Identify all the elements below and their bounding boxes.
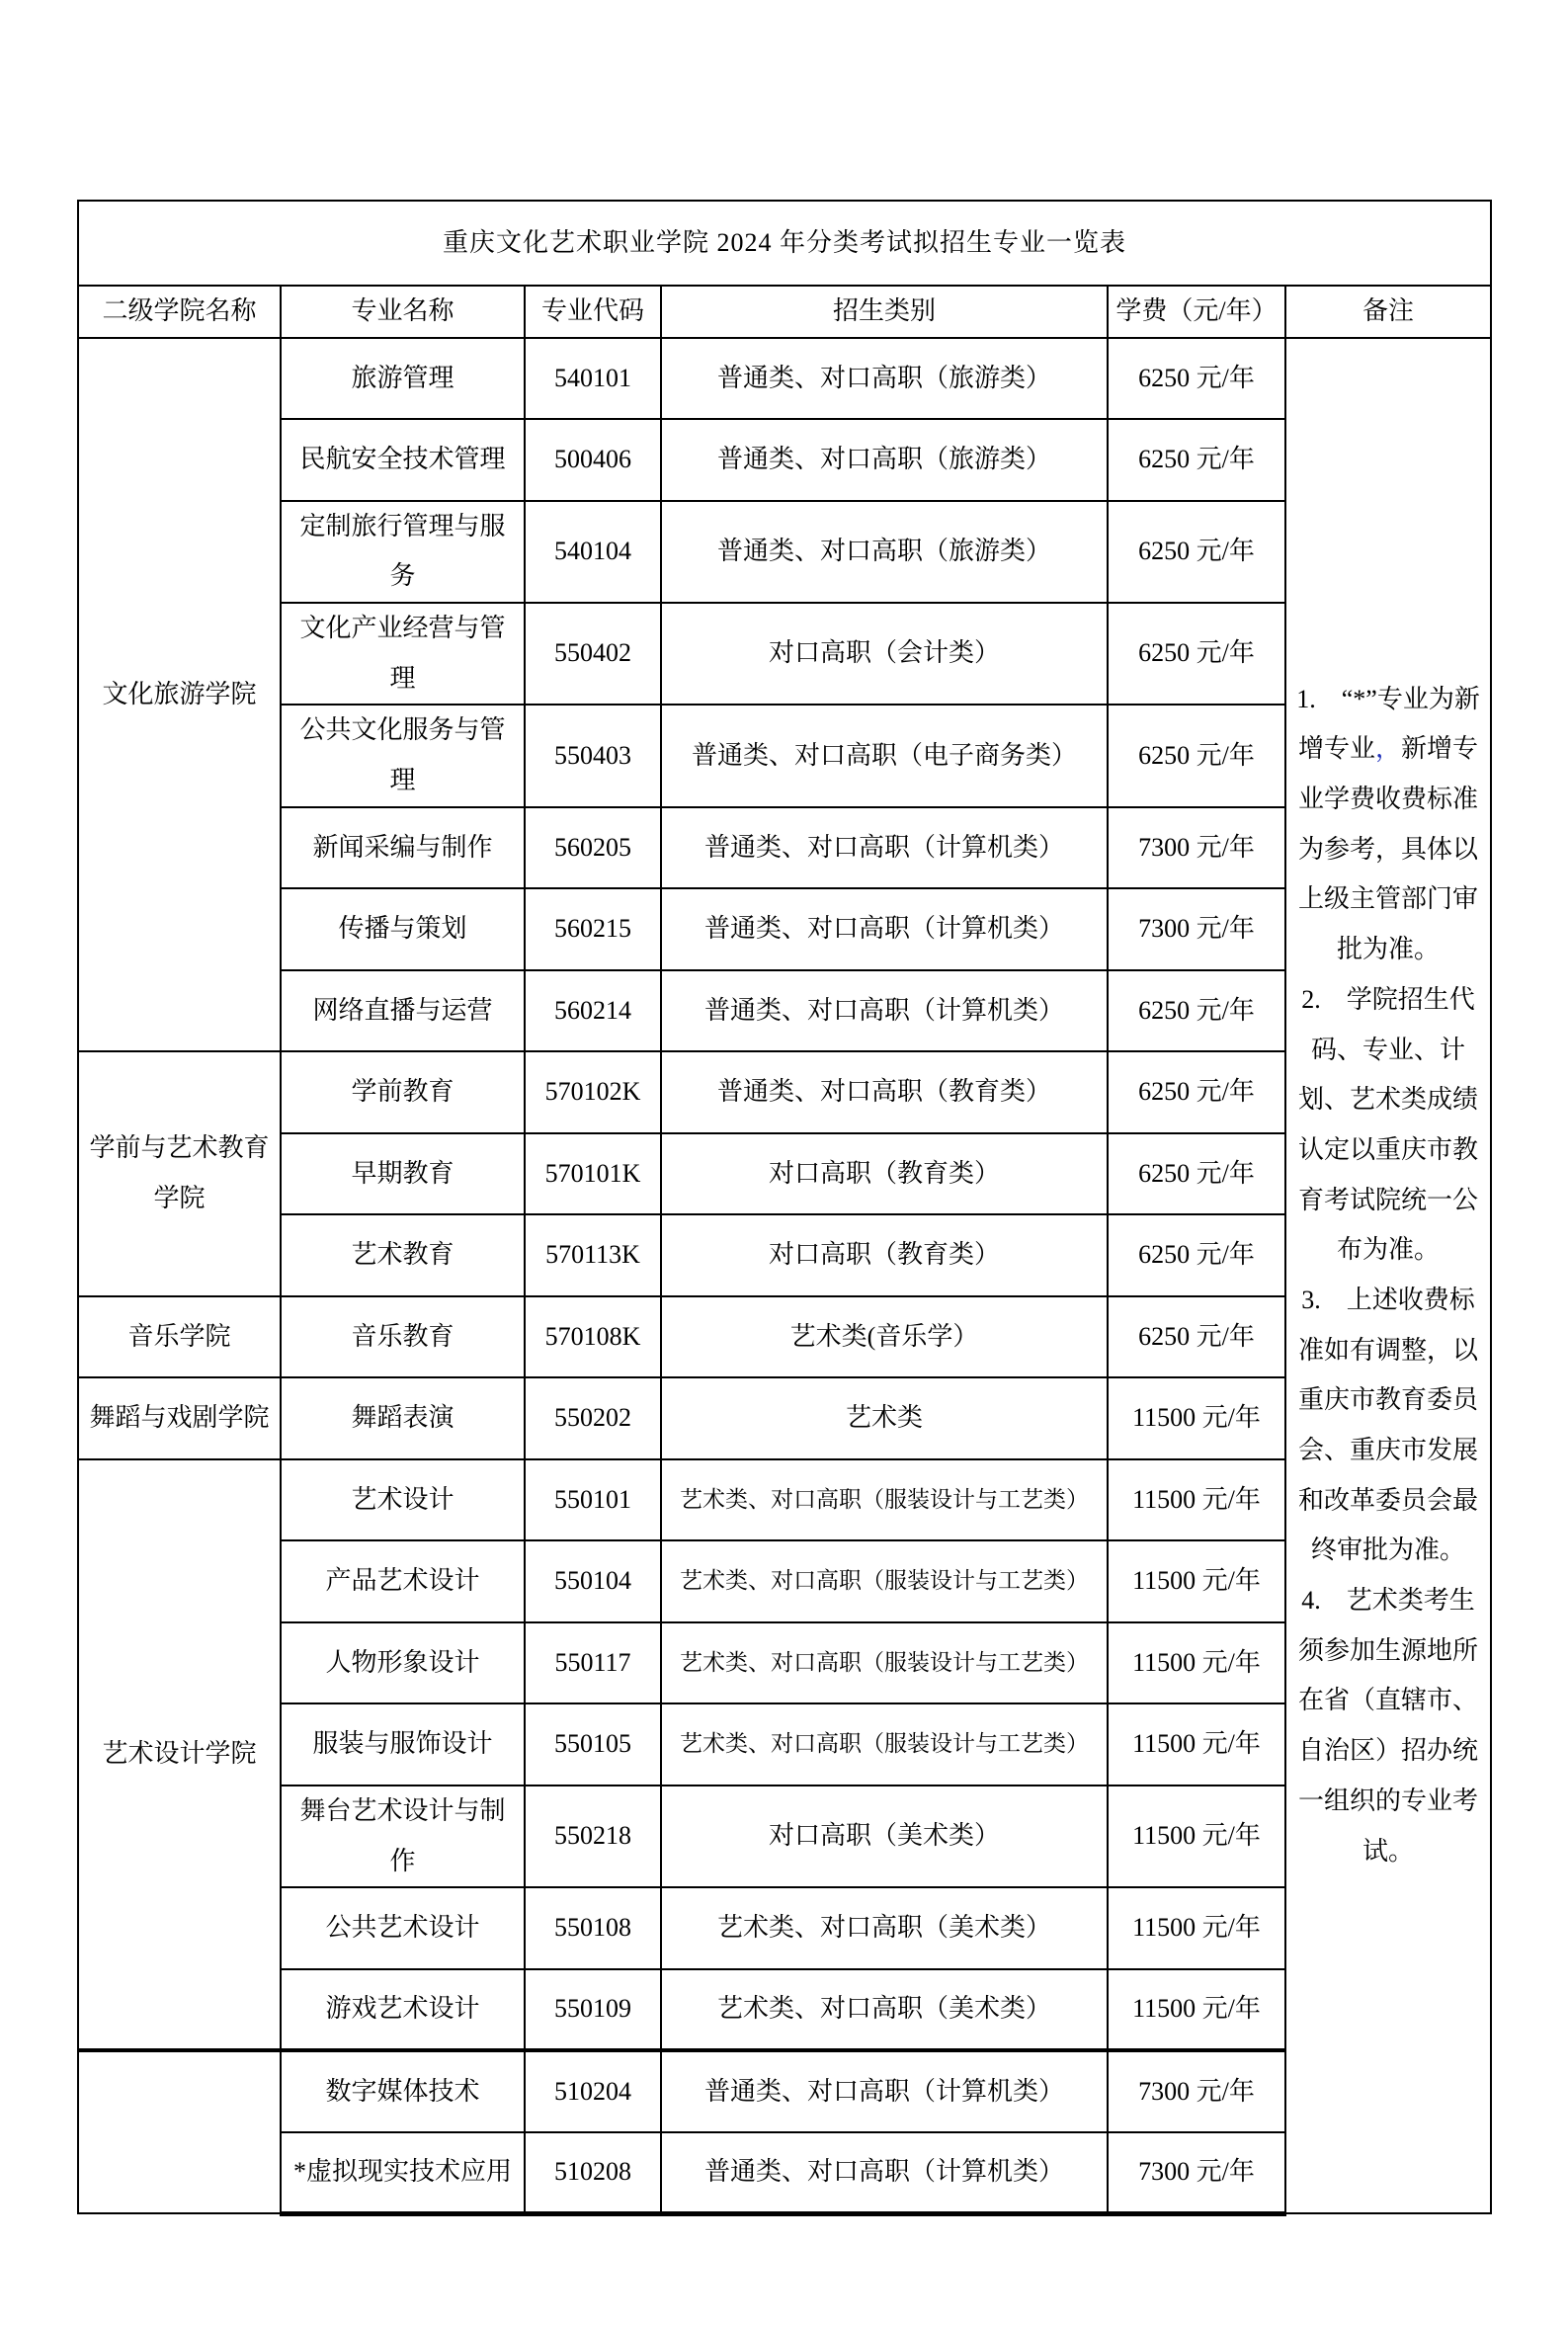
major-cell: 网络直播与运营 [281, 970, 525, 1052]
header-fee: 学费（元/年） [1108, 286, 1285, 338]
blue-comma: ， [1375, 734, 1401, 763]
major-cell: 民航安全技术管理 [281, 419, 525, 501]
fee-cell: 11500 元/年 [1108, 1459, 1285, 1541]
table-row: 文化旅游学院 旅游管理 540101 普通类、对口高职（旅游类） 6250 元/… [78, 338, 1491, 420]
major-cell: 服装与服饰设计 [281, 1703, 525, 1785]
table-row: 公共文化服务与管理 550403 普通类、对口高职（电子商务类） 6250 元/… [78, 705, 1491, 806]
fee-cell: 6250 元/年 [1108, 1214, 1285, 1296]
category-cell: 普通类、对口高职（旅游类） [661, 419, 1108, 501]
code-cell: 550202 [525, 1377, 661, 1459]
fee-cell: 11500 元/年 [1108, 1887, 1285, 1969]
code-cell: 540104 [525, 501, 661, 603]
title-row: 重庆文化艺术职业学院 2024 年分类考试拟招生专业一览表 [78, 201, 1491, 286]
major-cell: 传播与策划 [281, 888, 525, 970]
code-cell: 570108K [525, 1296, 661, 1378]
major-cell: 音乐教育 [281, 1296, 525, 1378]
enrollment-table: 重庆文化艺术职业学院 2024 年分类考试拟招生专业一览表 二级学院名称 专业名… [77, 200, 1492, 2216]
table-row: 学前与艺术教育学院 学前教育 570102K 普通类、对口高职（教育类） 625… [78, 1051, 1491, 1133]
code-cell: 550117 [525, 1622, 661, 1704]
header-remarks: 备注 [1285, 286, 1491, 338]
category-cell: 艺术类、对口高职（美术类） [661, 1887, 1108, 1969]
code-cell: 510204 [525, 2050, 661, 2132]
major-cell: 艺术教育 [281, 1214, 525, 1296]
fee-cell: 11500 元/年 [1108, 1703, 1285, 1785]
fee-cell: 11500 元/年 [1108, 1785, 1285, 1887]
fee-cell: 6250 元/年 [1108, 705, 1285, 806]
code-cell: 570101K [525, 1133, 661, 1215]
table-title: 重庆文化艺术职业学院 2024 年分类考试拟招生专业一览表 [78, 201, 1491, 286]
fee-cell: 6250 元/年 [1108, 501, 1285, 603]
header-row: 二级学院名称 专业名称 专业代码 招生类别 学费（元/年） 备注 [78, 286, 1491, 338]
category-cell: 普通类、对口高职（计算机类） [661, 807, 1108, 889]
remarks-cell: 1. “*”专业为新增专业，新增专业学费收费标准为参考，具体以上级主管部门审批为… [1285, 338, 1491, 2214]
major-cell: 数字媒体技术 [281, 2050, 525, 2132]
major-cell: 产品艺术设计 [281, 1540, 525, 1622]
major-cell: 早期教育 [281, 1133, 525, 1215]
fee-cell: 11500 元/年 [1108, 1622, 1285, 1704]
fee-cell: 11500 元/年 [1108, 1540, 1285, 1622]
category-cell: 普通类、对口高职（计算机类） [661, 2132, 1108, 2214]
table-row: 新闻采编与制作 560205 普通类、对口高职（计算机类） 7300 元/年 [78, 807, 1491, 889]
college-cell: 艺术设计学院 [78, 1459, 281, 2050]
major-cell: 艺术设计 [281, 1459, 525, 1541]
category-cell: 对口高职（会计类） [661, 603, 1108, 705]
table-row: 人物形象设计 550117 艺术类、对口高职（服装设计与工艺类） 11500 元… [78, 1622, 1491, 1704]
fee-cell: 6250 元/年 [1108, 338, 1285, 420]
category-cell: 艺术类、对口高职（服装设计与工艺类） [661, 1703, 1108, 1785]
category-cell: 艺术类、对口高职（服装设计与工艺类） [661, 1459, 1108, 1541]
fee-cell: 6250 元/年 [1108, 1296, 1285, 1378]
major-cell: 学前教育 [281, 1051, 525, 1133]
fee-cell: 6250 元/年 [1108, 1133, 1285, 1215]
code-cell: 550108 [525, 1887, 661, 1969]
category-cell: 普通类、对口高职（计算机类） [661, 888, 1108, 970]
code-cell: 540101 [525, 338, 661, 420]
fee-cell: 6250 元/年 [1108, 419, 1285, 501]
table-row: 艺术设计学院 艺术设计 550101 艺术类、对口高职（服装设计与工艺类） 11… [78, 1459, 1491, 1541]
table-row: 产品艺术设计 550104 艺术类、对口高职（服装设计与工艺类） 11500 元… [78, 1540, 1491, 1622]
major-cell: 新闻采编与制作 [281, 807, 525, 889]
remark-item-2: 2. 学院招生代码、专业、计划、艺术类成绩认定以重庆市教育考试院统一公布为准。 [1292, 975, 1484, 1276]
college-cell: 学前与艺术教育学院 [78, 1051, 281, 1296]
fee-cell: 6250 元/年 [1108, 1051, 1285, 1133]
remark-item-3: 3. 上述收费标准如有调整，以重庆市教育委员会、重庆市发展和改革委员会最终审批为… [1292, 1276, 1484, 1576]
code-cell: 550105 [525, 1703, 661, 1785]
code-cell: 550402 [525, 603, 661, 705]
category-cell: 艺术类、对口高职（服装设计与工艺类） [661, 1622, 1108, 1704]
remark-item-1: 1. “*”专业为新增专业，新增专业学费收费标准为参考，具体以上级主管部门审批为… [1292, 675, 1484, 975]
table-row: 定制旅行管理与服务 540104 普通类、对口高职（旅游类） 6250 元/年 [78, 501, 1491, 603]
table-row: 文化产业经营与管理 550402 对口高职（会计类） 6250 元/年 [78, 603, 1491, 705]
category-cell: 对口高职（美术类） [661, 1785, 1108, 1887]
category-cell: 对口高职（教育类） [661, 1133, 1108, 1215]
code-cell: 560205 [525, 807, 661, 889]
code-cell: 550104 [525, 1540, 661, 1622]
code-cell: 510208 [525, 2132, 661, 2214]
table-row: 服装与服饰设计 550105 艺术类、对口高职（服装设计与工艺类） 11500 … [78, 1703, 1491, 1785]
category-cell: 艺术类 [661, 1377, 1108, 1459]
table-row: *虚拟现实技术应用 510208 普通类、对口高职（计算机类） 7300 元/年 [78, 2132, 1491, 2214]
major-cell: 游戏艺术设计 [281, 1969, 525, 2051]
code-cell: 560214 [525, 970, 661, 1052]
fee-cell: 7300 元/年 [1108, 807, 1285, 889]
fee-cell: 11500 元/年 [1108, 1377, 1285, 1459]
category-cell: 普通类、对口高职（旅游类） [661, 501, 1108, 603]
major-cell: 公共文化服务与管理 [281, 705, 525, 806]
table-row: 舞蹈与戏剧学院 舞蹈表演 550202 艺术类 11500 元/年 [78, 1377, 1491, 1459]
header-code: 专业代码 [525, 286, 661, 338]
table-row: 传播与策划 560215 普通类、对口高职（计算机类） 7300 元/年 [78, 888, 1491, 970]
header-category: 招生类别 [661, 286, 1108, 338]
table-row: 数字媒体技术 510204 普通类、对口高职（计算机类） 7300 元/年 [78, 2050, 1491, 2132]
fee-cell: 11500 元/年 [1108, 1969, 1285, 2051]
header-major: 专业名称 [281, 286, 525, 338]
college-cell: 音乐学院 [78, 1296, 281, 1378]
fee-cell: 6250 元/年 [1108, 970, 1285, 1052]
table-row: 早期教育 570101K 对口高职（教育类） 6250 元/年 [78, 1133, 1491, 1215]
category-cell: 艺术类(音乐学） [661, 1296, 1108, 1378]
category-cell: 艺术类、对口高职（服装设计与工艺类） [661, 1540, 1108, 1622]
college-cell: 舞蹈与戏剧学院 [78, 1377, 281, 1459]
category-cell: 普通类、对口高职（计算机类） [661, 2050, 1108, 2132]
table-row: 网络直播与运营 560214 普通类、对口高职（计算机类） 6250 元/年 [78, 970, 1491, 1052]
table-row: 音乐学院 音乐教育 570108K 艺术类(音乐学） 6250 元/年 [78, 1296, 1491, 1378]
category-cell: 普通类、对口高职（旅游类） [661, 338, 1108, 420]
table-row: 游戏艺术设计 550109 艺术类、对口高职（美术类） 11500 元/年 [78, 1969, 1491, 2051]
college-cell: 文化旅游学院 [78, 338, 281, 1052]
code-cell: 560215 [525, 888, 661, 970]
code-cell: 550109 [525, 1969, 661, 2051]
major-cell: 文化产业经营与管理 [281, 603, 525, 705]
major-cell: 旅游管理 [281, 338, 525, 420]
category-cell: 普通类、对口高职（电子商务类） [661, 705, 1108, 806]
category-cell: 普通类、对口高职（计算机类） [661, 970, 1108, 1052]
major-cell: 舞台艺术设计与制作 [281, 1785, 525, 1887]
major-cell: 人物形象设计 [281, 1622, 525, 1704]
fee-cell: 7300 元/年 [1108, 2132, 1285, 2214]
college-cell [78, 2050, 281, 2213]
major-cell: 定制旅行管理与服务 [281, 501, 525, 603]
major-cell: 公共艺术设计 [281, 1887, 525, 1969]
code-cell: 550403 [525, 705, 661, 806]
category-cell: 对口高职（教育类） [661, 1214, 1108, 1296]
major-cell: 舞蹈表演 [281, 1377, 525, 1459]
document-page: 重庆文化艺术职业学院 2024 年分类考试拟招生专业一览表 二级学院名称 专业名… [0, 0, 1568, 2325]
category-cell: 艺术类、对口高职（美术类） [661, 1969, 1108, 2051]
table-row: 民航安全技术管理 500406 普通类、对口高职（旅游类） 6250 元/年 [78, 419, 1491, 501]
category-cell: 普通类、对口高职（教育类） [661, 1051, 1108, 1133]
code-cell: 500406 [525, 419, 661, 501]
table-row: 艺术教育 570113K 对口高职（教育类） 6250 元/年 [78, 1214, 1491, 1296]
code-cell: 570102K [525, 1051, 661, 1133]
fee-cell: 6250 元/年 [1108, 603, 1285, 705]
code-cell: 570113K [525, 1214, 661, 1296]
table-row: 公共艺术设计 550108 艺术类、对口高职（美术类） 11500 元/年 [78, 1887, 1491, 1969]
code-cell: 550101 [525, 1459, 661, 1541]
remark-item-4: 4. 艺术类考生须参加生源地所在省（直辖市、自治区）招办统一组织的专业考试。 [1292, 1576, 1484, 1876]
major-cell: *虚拟现实技术应用 [281, 2132, 525, 2214]
fee-cell: 7300 元/年 [1108, 2050, 1285, 2132]
fee-cell: 7300 元/年 [1108, 888, 1285, 970]
code-cell: 550218 [525, 1785, 661, 1887]
header-college: 二级学院名称 [78, 286, 281, 338]
table-row: 舞台艺术设计与制作 550218 对口高职（美术类） 11500 元/年 [78, 1785, 1491, 1887]
